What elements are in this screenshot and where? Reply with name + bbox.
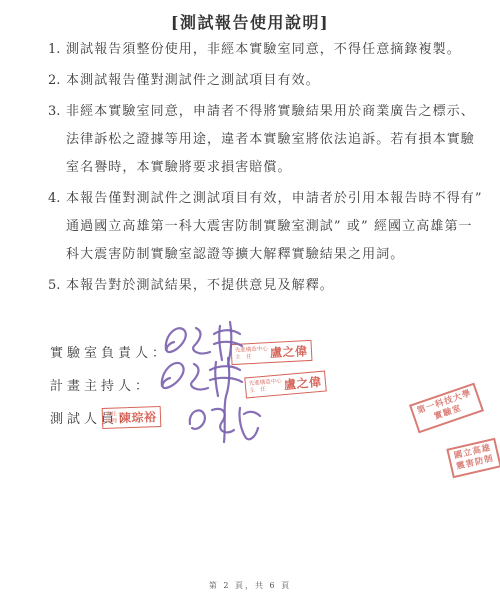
list-item: 4. 本報告僅對測試件之測試項目有效，申請者於引用本報告時不得有” 通過國立高雄… [48, 185, 470, 269]
item-text-line: 本報告僅對測試件之測試項目有效，申請者於引用本報告時不得有” [66, 185, 483, 213]
list-item: 2. 本測試報告僅對測試件之測試項目有效。 [48, 67, 470, 95]
item-text-line: 室名譽時，本實驗將要求損害賠償。 [66, 154, 475, 182]
lab-edge-seal: 第一科技大學 實驗室 [409, 383, 484, 434]
list-item: 3. 非經本實驗室同意，申請者不得將實驗結果用於商業廣告之標示、 法律訴松之證據… [48, 98, 470, 182]
signature-label: 計畫主持人： [50, 379, 152, 394]
item-number: 2. [48, 67, 66, 95]
item-text-line: 法律訴松之證據等用途，違者本實驗室將依法追訴。若有損本實驗 [66, 126, 475, 154]
list-item: 5. 本報告對於測試結果，不提供意見及解釋。 [48, 272, 470, 300]
item-text-line: 通過國立高雄第一科大震害防制實驗室測試” 或” 經國立高雄第一 [66, 213, 483, 241]
item-text-line: 本報告對於測試結果，不提供意見及解釋。 [66, 272, 470, 300]
item-number: 1. [48, 36, 66, 64]
item-text-line: 非經本實驗室同意，申請者不得將實驗結果用於商業廣告之標示、 [66, 98, 475, 126]
stamp-title-column: 專任 助理 [106, 412, 117, 425]
list-item: 1. 測試報告須整份使用，非經本實驗室同意，不得任意摘錄複製。 [48, 36, 470, 64]
item-number: 3. [48, 98, 66, 182]
stamp-name-text: 盧之偉 [283, 373, 322, 393]
item-text-line: 本測試報告僅對測試件之測試項目有效。 [66, 67, 470, 95]
scanned-document-page: [測試報告使用說明] 1. 測試報告須整份使用，非經本實驗室同意，不得任意摘錄複… [0, 0, 500, 600]
instruction-list: 1. 測試報告須整份使用，非經本實驗室同意，不得任意摘錄複製。 2. 本測試報告… [48, 36, 470, 303]
lab-edge-seal-clipped: 國立高雄 震害防制 [446, 438, 500, 478]
stamp-name-text: 盧之偉 [270, 342, 308, 361]
item-text-line: 測試報告須整份使用，非經本實驗室同意，不得任意摘錄複製。 [66, 36, 470, 64]
page-footer: 第 2 頁，共 6 頁 [0, 580, 500, 591]
item-number: 4. [48, 185, 66, 269]
stamp-role-text: 助理 [106, 418, 117, 425]
page-title: [測試報告使用說明] [0, 10, 500, 33]
handwritten-signature-tester [182, 398, 262, 446]
item-number: 5. [48, 272, 66, 300]
item-text-line: 科大震害防制實驗室認證等擴大解釋實驗結果之用詞。 [66, 241, 483, 269]
